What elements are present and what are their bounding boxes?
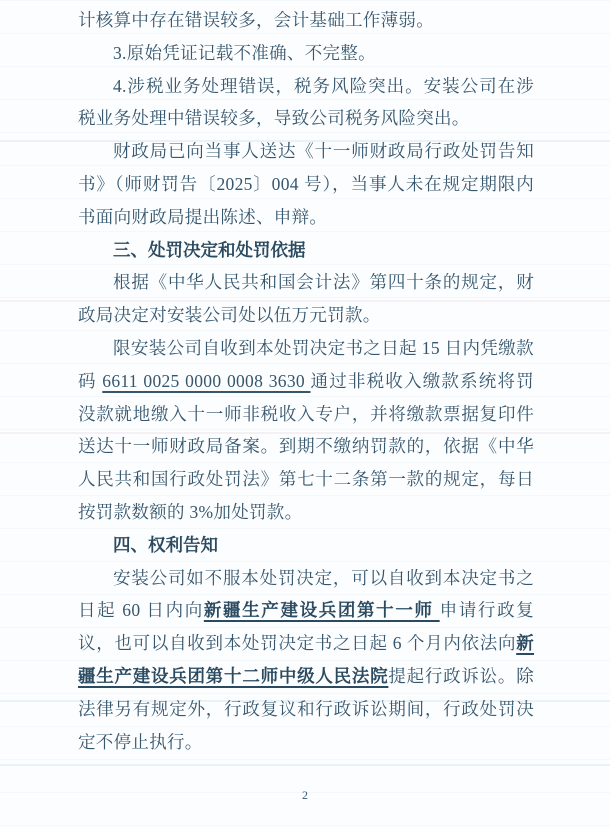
paragraph-payment-instruction: 限安装公司自收到本处罚决定书之日起 15 日内凭缴款码 6611 0025 00…	[78, 332, 534, 529]
scan-artifact	[0, 764, 610, 766]
page-number: 2	[0, 788, 610, 803]
section-heading-4: 四、权利告知	[78, 529, 534, 562]
section-heading-3: 三、处罚决定和处罚依据	[78, 234, 534, 267]
review-authority-name: 新疆生产建设兵团第十一师	[204, 600, 440, 620]
text-run: 通过非税收入缴款系统将罚没款就地缴入十一师非税收入专户，并将缴款票据复印件送达十…	[78, 371, 534, 522]
text-run: 计核算中存在错误较多，会计基础工作薄弱。	[78, 10, 434, 30]
paragraph-item-4: 4.涉税业务处理错误，税务风险突出。安装公司在涉税业务处理中错误较多，导致公司税…	[78, 70, 534, 136]
paragraph-notice-served: 财政局已向当事人送达《十一师财政局行政处罚告知书》（师财罚告〔2025〕004 …	[78, 135, 534, 233]
paragraph-rights-notice: 安装公司如不服本处罚决定，可以自收到本决定书之日起 60 日内向新疆生产建设兵团…	[78, 562, 534, 759]
document-page: 计核算中存在错误较多，会计基础工作薄弱。 3.原始凭证记载不准确、不完整。 4.…	[0, 0, 610, 827]
text-run: 根据《中华人民共和国会计法》第四十条的规定，财政局决定对安装公司处以伍万元罚款。	[78, 272, 534, 325]
text-run: 3.原始凭证记载不准确、不完整。	[113, 43, 376, 63]
text-run: 财政局已向当事人送达《十一师财政局行政处罚告知书》（师财罚告〔2025〕004 …	[78, 141, 534, 227]
paragraph-item-3: 3.原始凭证记载不准确、不完整。	[78, 37, 534, 70]
paragraph-penalty-basis: 根据《中华人民共和国会计法》第四十条的规定，财政局决定对安装公司处以伍万元罚款。	[78, 266, 534, 332]
document-body: 计核算中存在错误较多，会计基础工作薄弱。 3.原始凭证记载不准确、不完整。 4.…	[78, 4, 534, 758]
paragraph-continuation: 计核算中存在错误较多，会计基础工作薄弱。	[78, 4, 534, 37]
text-run: 4.涉税业务处理错误，税务风险突出。安装公司在涉税业务处理中错误较多，导致公司税…	[78, 76, 534, 129]
payment-code: 6611 0025 0000 0008 3630	[102, 371, 310, 391]
